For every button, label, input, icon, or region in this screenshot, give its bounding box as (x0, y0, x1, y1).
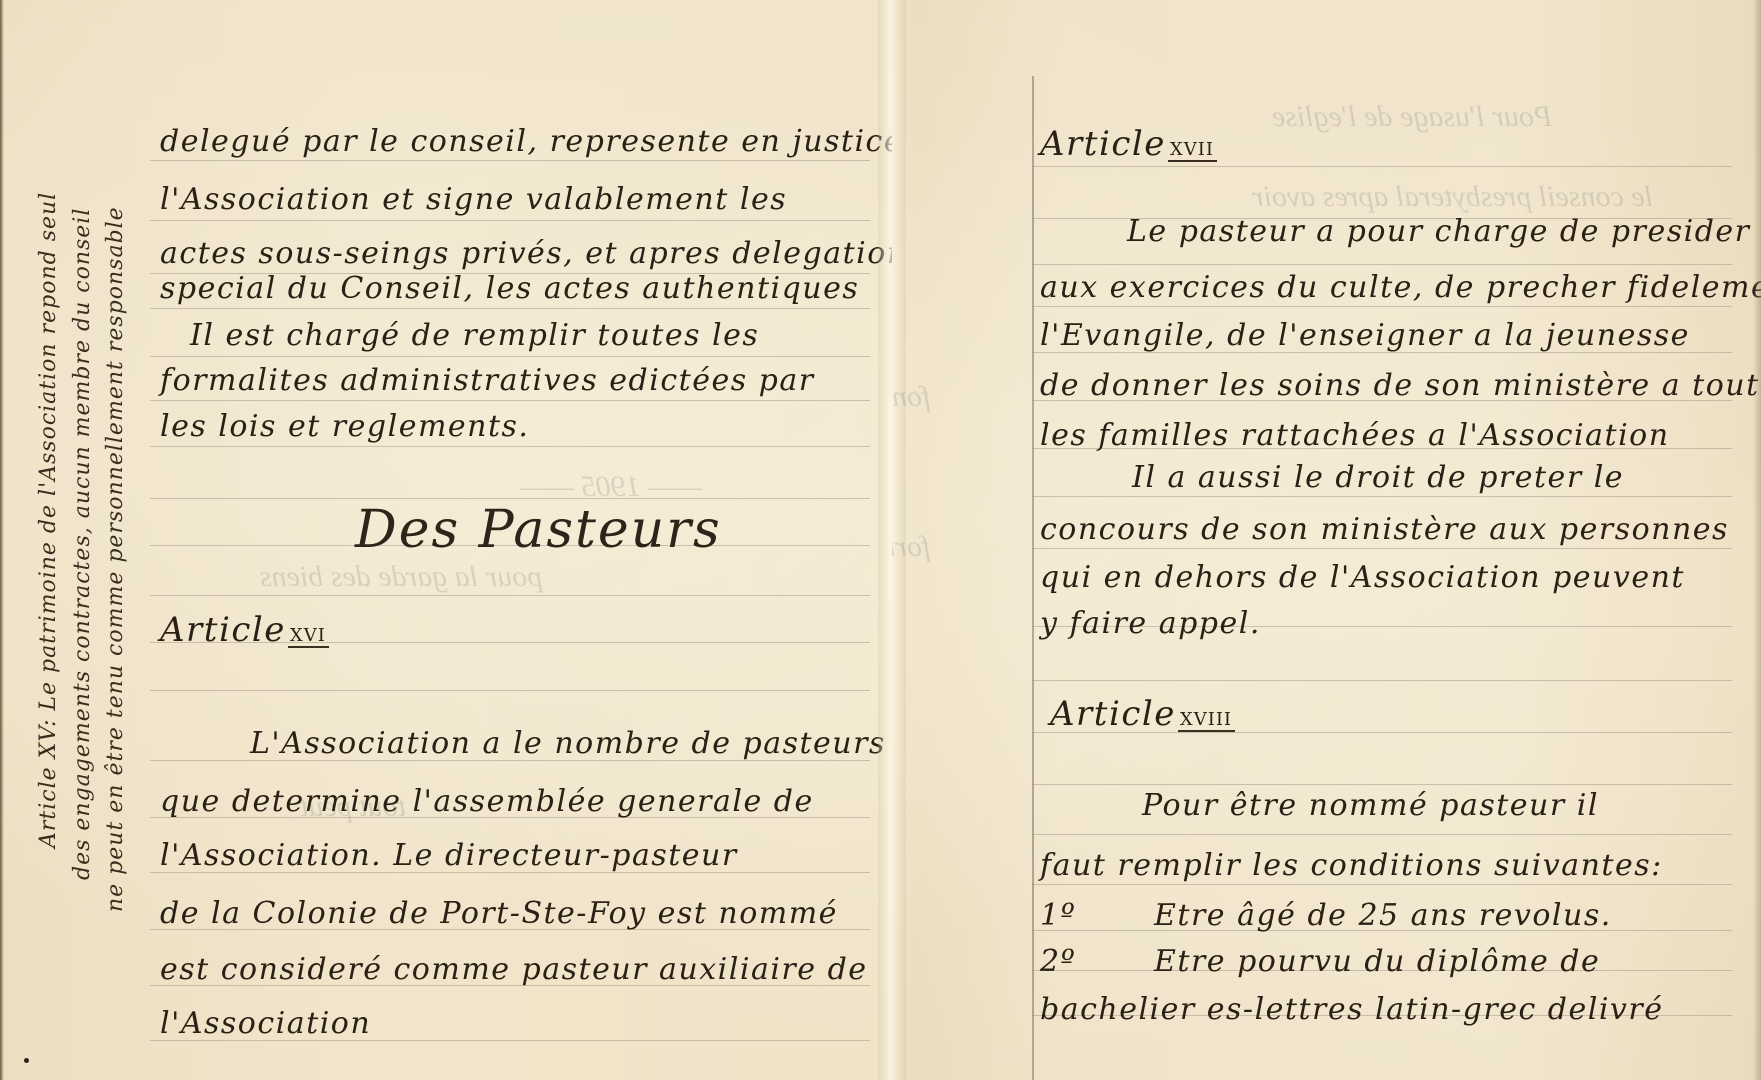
text-line: faut remplir les conditions suivantes: (1040, 848, 1663, 883)
text-line: qui en dehors de l'Association peuvent (1040, 560, 1685, 595)
ruled-line (1032, 264, 1732, 265)
text-line: formalites administratives edictées par (160, 363, 815, 398)
text-line: les familles rattachées a l'Association (1040, 418, 1670, 453)
ruled-line (150, 690, 870, 691)
ruled-line (150, 498, 870, 499)
ruled-line (1032, 680, 1732, 681)
text-line: que determine l'assemblée generale de (160, 784, 814, 819)
bleed-through-text: —— 1905 —— (520, 470, 702, 504)
ruled-line (1032, 548, 1732, 549)
text-line: l'Association. Le directeur-pasteur (160, 838, 738, 873)
margin-note-line: Article XV: Le patrimoine de l'Associati… (36, 192, 61, 848)
article-label: Article (1050, 694, 1176, 734)
text-line: Il est chargé de remplir toutes les (190, 318, 759, 353)
ruled-line (1032, 884, 1732, 885)
text-line: bachelier es-lettres latin-grec delivré (1040, 992, 1663, 1027)
right-page-edge (1753, 0, 1761, 1080)
text-line: les lois et reglements. (160, 409, 529, 444)
ruled-line (150, 160, 870, 161)
article-label: Article (1040, 124, 1166, 164)
ink-spot (24, 1058, 29, 1063)
ruled-line (1032, 784, 1732, 785)
text-line: actes sous-seings privés, et apres deleg… (160, 236, 892, 271)
text-line: de la Colonie de Port-Ste-Foy est nommé (160, 896, 838, 931)
article-heading: ArticleXVI (160, 610, 329, 650)
bleed-through-text: formation (892, 530, 930, 564)
text-line: de donner les soins de son ministère a t… (1040, 368, 1761, 403)
bleed-through-text: pour la garde des biens (260, 560, 542, 594)
text-line: l'Association et signe valablement les (160, 182, 787, 217)
text-line: delegué par le conseil, represente en ju… (160, 124, 892, 159)
text-line: Pour être nommé pasteur il (1142, 788, 1599, 823)
margin-note-line: ne peut en être tenu comme personnelleme… (103, 206, 128, 912)
text-line: l'Evangile, de l'enseigner a la jeunesse (1040, 318, 1690, 353)
article-number: XVII (1168, 139, 1217, 162)
condition-text: Etre âgé de 25 ans revolus. (1154, 898, 1612, 933)
bleed-through-text: Pour l'usage de l'eglise (1272, 100, 1552, 134)
ruled-line (150, 356, 870, 357)
article-heading: ArticleXVII (1040, 124, 1217, 164)
bleed-through-text: le conseil presbyteral apres avoir (1252, 180, 1653, 214)
bleed-through-text: fonction (892, 380, 930, 414)
text-line: aux exercices du culte, de precher fidel… (1040, 270, 1761, 305)
article-number: XVIII (1178, 709, 1235, 732)
ruled-line (1032, 834, 1732, 835)
article-label: Article (160, 610, 286, 650)
ruled-line (150, 220, 870, 221)
article-heading: ArticleXVIII (1050, 694, 1235, 734)
ruled-line (150, 400, 870, 401)
ruled-line (1032, 166, 1732, 167)
manuscript-spread: —— 1905 —— pour la garde des biens tout … (0, 0, 1761, 1080)
text-line: Le pasteur a pour charge de presider (1127, 214, 1751, 249)
condition-marker: 1º (1040, 898, 1076, 933)
text-line: concours de son ministère aux personnes (1040, 512, 1729, 547)
article-number: XVI (288, 625, 329, 648)
text-line: est consideré comme pasteur auxiliaire d… (160, 952, 868, 987)
ruled-line (1032, 306, 1732, 307)
right-page: Pour l'usage de l'eglise le conseil pres… (892, 0, 1761, 1080)
ruled-line (150, 446, 870, 447)
section-title: Des Pasteurs (355, 500, 722, 560)
condition-marker: 2º (1040, 944, 1076, 979)
text-line: special du Conseil, les actes authentiqu… (160, 271, 859, 306)
ruled-line (150, 595, 870, 596)
text-line: Il a aussi le droit de preter le (1132, 460, 1624, 495)
ruled-line (150, 308, 870, 309)
text-line: y faire appel. (1040, 606, 1261, 641)
condition-text: Etre pourvu du diplôme de (1154, 944, 1600, 979)
left-page: —— 1905 —— pour la garde des biens tout … (0, 0, 892, 1080)
text-line: L'Association a le nombre de pasteurs (250, 726, 886, 761)
text-line: l'Association (160, 1006, 371, 1041)
margin-note-line: des engagements contractes, aucun membre… (70, 208, 95, 880)
ruled-line (1032, 496, 1732, 497)
